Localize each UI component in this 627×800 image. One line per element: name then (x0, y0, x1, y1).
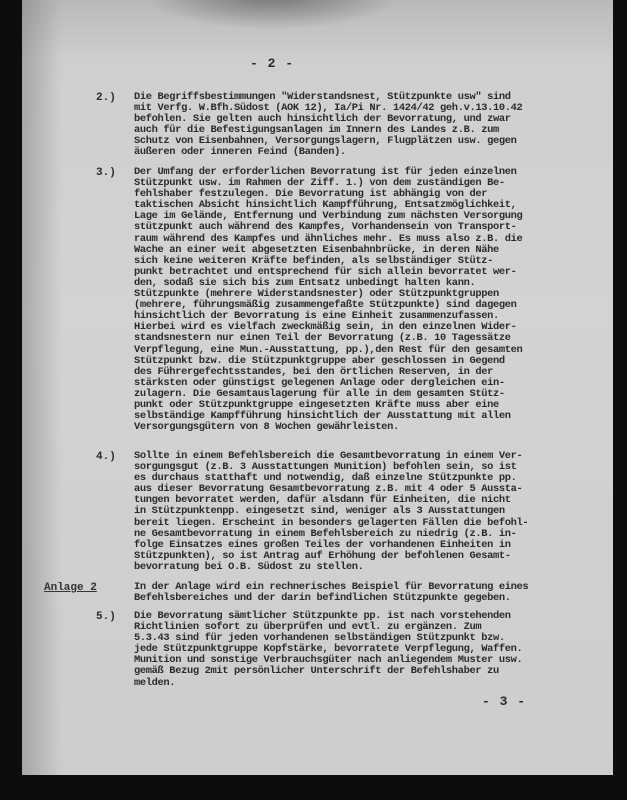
page-number-bottom: - 3 - (482, 694, 526, 709)
text-line: Versorgungsgütern von 8 Wochen gewährlei… (134, 422, 602, 433)
text-line: raum während des Kampfes und ähnliches m… (134, 234, 602, 245)
paragraph-text: Die Begriffsbestimmungen "Widerstandsnes… (134, 92, 602, 159)
text-line: standsnestern nur einen Teil der Bevorra… (134, 333, 602, 344)
paragraph-text: In der Anlage wird ein rechnerisches Bei… (134, 582, 602, 604)
paragraph-text: Die Bevorratung sämtlicher Stützpunkte p… (134, 611, 602, 689)
paragraph-5: 5.) Die Bevorratung sämtlicher Stützpunk… (102, 611, 602, 689)
annex-reference: Anlage 2 (44, 582, 97, 594)
paragraph-number: 4.) (96, 451, 116, 463)
paragraph-text: Der Umfang der erforderlichen Bevorratun… (134, 167, 602, 433)
paragraph-text: Sollte in einem Befehlsbereich die Gesam… (134, 451, 602, 573)
paragraph-number: 5.) (96, 611, 116, 623)
page-number-top: - 2 - (250, 56, 294, 71)
text-line: Verpflegung, eine Mun.-Ausstattung, pp.)… (134, 345, 602, 356)
paragraph-number: 2.) (96, 92, 116, 104)
paragraph-2: 2.) Die Begriffsbestimmungen "Widerstand… (102, 92, 602, 159)
text-line: bevorratung bei O.B. Südost zu stellen. (134, 562, 602, 573)
text-line: Befehlsbereiches und der darin befindlic… (134, 593, 602, 604)
text-line: bereit liegen. Erscheint in besonders ge… (134, 518, 602, 529)
paragraph-3: 3.) Der Umfang der erforderlichen Bevorr… (102, 167, 602, 433)
paragraph-4: 4.) Sollte in einem Befehlsbereich die G… (102, 451, 602, 573)
text-line: gemäß Bezug 2mit persönlicher Unterschri… (134, 666, 602, 677)
text-line: stützpunkt auch während des Kampfes, Vor… (134, 222, 602, 233)
text-line: in Stützpunktenpp. eingesetzt sind, weni… (134, 506, 602, 517)
text-line: melden. (134, 678, 602, 689)
paragraph-annex: In der Anlage wird ein rechnerisches Bei… (102, 582, 602, 604)
document-page: - 2 - 2.) Die Begriffsbestimmungen "Wide… (22, 0, 613, 775)
paragraph-number: 3.) (96, 167, 116, 179)
text-line: äußeren oder inneren Feind (Banden). (134, 147, 602, 158)
